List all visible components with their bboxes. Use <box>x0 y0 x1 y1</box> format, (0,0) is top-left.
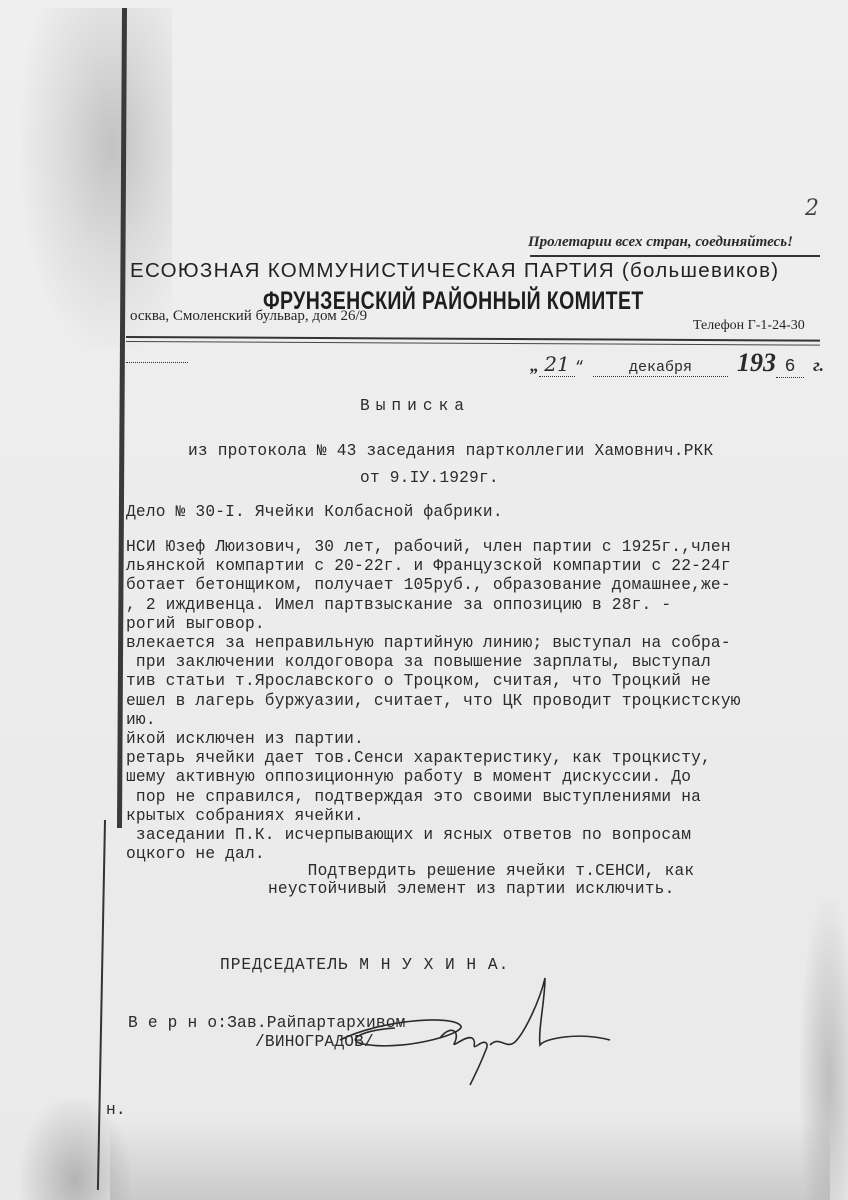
date-year-prefix: 193 <box>737 348 776 377</box>
dotted-field <box>126 362 188 363</box>
text-line: пор не справился, подтверждая это своими… <box>126 788 741 807</box>
letterhead-address: осква, Смоленский бульвар, дом 26/9 <box>130 308 367 325</box>
letterhead-party-name: ЕСОЮЗНАЯ КОММУНИСТИЧЕСКАЯ ПАРТИЯ (больше… <box>130 259 779 283</box>
text-line: ешел в лагерь буржуазии, считает, что ЦК… <box>126 692 741 711</box>
date-year-digit: 6 <box>776 357 804 378</box>
date-suffix: г. <box>813 355 824 375</box>
scan-smudge <box>800 900 848 1200</box>
handwritten-page-number: 2 <box>805 196 819 221</box>
date-month: декабря <box>593 359 728 377</box>
scan-smudge <box>22 8 172 348</box>
document-subtitle: из протокола № 43 заседания партколлегии… <box>188 442 713 460</box>
text-line: ботает бетонщиком, получает 105руб., обр… <box>126 576 741 595</box>
letterhead-rule <box>126 341 820 346</box>
text-line: Подтвердить решение ячейки т.СЕНСИ, как <box>268 862 694 880</box>
text-line: неустойчивый элемент из партии исключить… <box>268 880 694 898</box>
document-body: НСИ Юзеф Люизович, 30 лет, рабочий, член… <box>126 538 741 864</box>
protocol-date: от 9.IУ.1929г. <box>360 469 499 487</box>
text-line: тив статьи т.Ярославского о Троцком, счи… <box>126 672 741 691</box>
text-line: йкой исключен из партии. <box>126 730 741 749</box>
text-line: ию. <box>126 711 741 730</box>
date-day: 21 <box>539 352 575 377</box>
footer-fragment: н. <box>106 1101 126 1119</box>
text-line: НСИ Юзеф Люизович, 30 лет, рабочий, член… <box>126 538 741 557</box>
scan-smudge <box>110 1120 830 1200</box>
text-line: заседании П.К. исчерпывающих и ясных отв… <box>126 826 741 845</box>
case-line: Дело № 30-I. Ячейки Колбасной фабрики. <box>126 503 503 521</box>
document-date: „21“ декабря 1936 г. <box>530 348 824 378</box>
decision-text: Подтвердить решение ячейки т.СЕНСИ, какн… <box>268 862 694 898</box>
text-line: льянской компартии с 20-22г. и Французск… <box>126 557 741 576</box>
date-quote: “ <box>575 359 584 376</box>
text-line: влекается за неправильную партийную лини… <box>126 634 741 653</box>
text-line: рогий выговор. <box>126 615 741 634</box>
letterhead-slogan: Пролетарии всех стран, соединяйтесь! <box>528 234 793 251</box>
document-title: Выписка <box>360 397 470 415</box>
slogan-underline <box>530 255 820 257</box>
text-line: при заключении колдоговора за повышение … <box>126 653 741 672</box>
date-quote: „ <box>530 355 539 375</box>
text-line: ретарь ячейки дает тов.Сенси характерист… <box>126 749 741 768</box>
letterhead-phone: Телефон Г-1-24-30 <box>693 318 805 334</box>
text-line: крытых собраниях ячейки. <box>126 807 741 826</box>
scanned-document-page: 2 Пролетарии всех стран, соединяйтесь! Е… <box>0 0 848 1200</box>
signature-icon <box>300 970 620 1100</box>
text-line: шему активную оппозиционную работу в мом… <box>126 768 741 787</box>
text-line: , 2 иждивенца. Имел партвзыскание за опп… <box>126 596 741 615</box>
